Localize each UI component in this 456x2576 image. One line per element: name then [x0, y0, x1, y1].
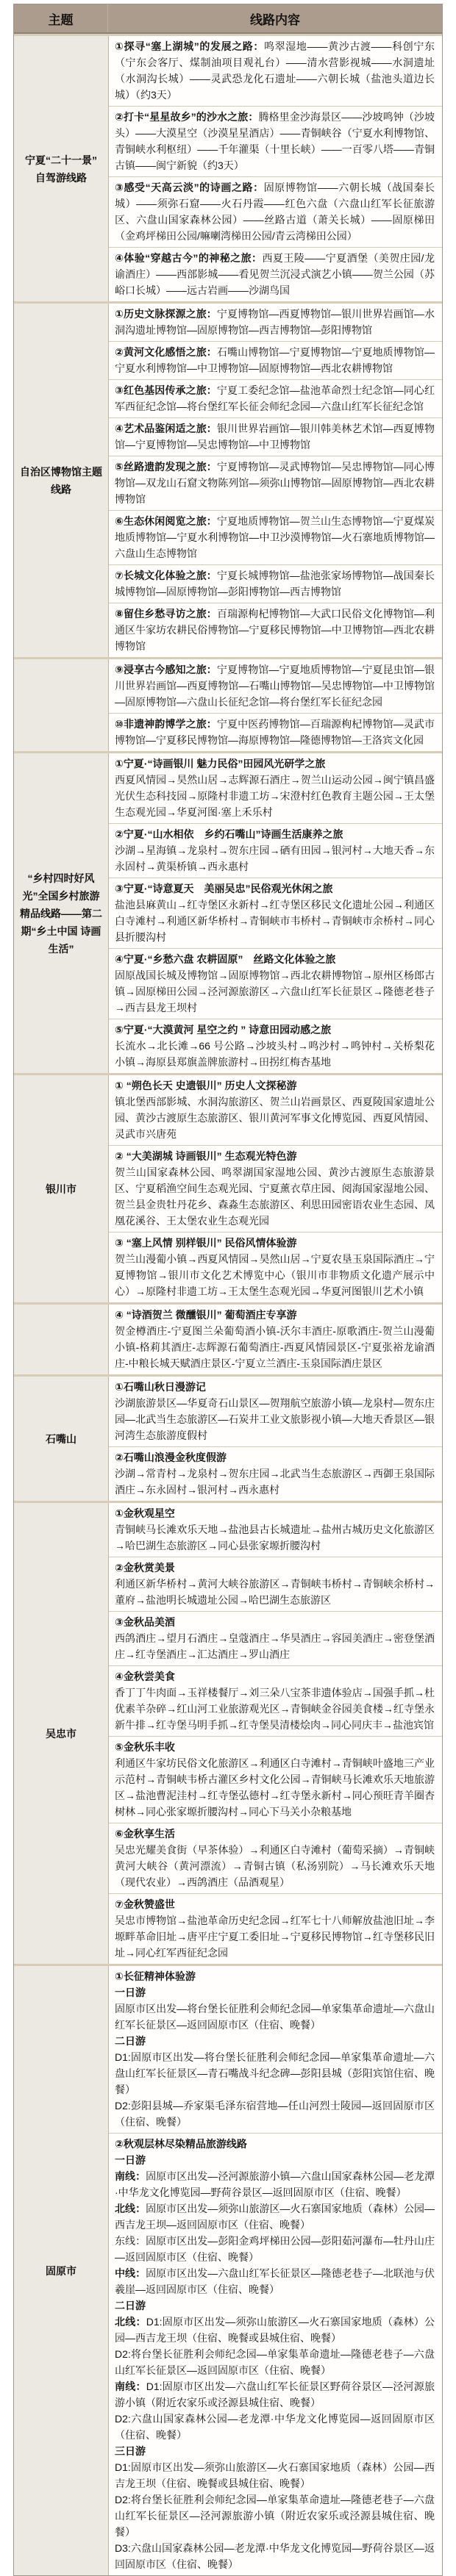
- route-row: ⑧留住乡愁寻访之旅：百瑞源枸杞博物馆—大武口民俗文化博物馆—利通区牛家坊农耕民俗…: [109, 603, 442, 657]
- header-theme-cell: 主题: [14, 4, 108, 32]
- line-head: 二日游: [115, 2300, 146, 2311]
- route-row: ②秋观层林尽染精品旅游线路 一日游 南线：固原市区出发—泾河源旅游小镇—六盘山国…: [109, 2133, 442, 2575]
- route-line: 北线：固原市区出发—须弥山旅游区—火石寨国家地质（森林）公园—西吉龙王坝—返回固…: [115, 2200, 435, 2233]
- theme-cell: 固原市: [14, 1966, 108, 2575]
- route-row: ①宁夏·“诗画银川 魅力民俗”田园风光研学之旅西夏风情园→昊然山居→志辉源石酒庄…: [109, 753, 442, 823]
- route-title: ⑥金秋享生活: [115, 1826, 435, 1842]
- route-title: ②宁夏·“山水相依 乡约石嘴山”诗画生活康养之旅: [115, 826, 435, 842]
- route-title: ①金秋观星空: [115, 1505, 435, 1521]
- route-row: ①石嘴山秋日漫游记沙湖旅游景区—华夏奇石山景区—贺翔航空旅游小镇—龙泉村—贺东庄…: [109, 1377, 442, 1446]
- route-row: ⑨浸享古今感知之旅：宁夏博物馆—宁夏地质博物馆—宁夏昆虫馆—银川世界岩画馆—西夏…: [109, 659, 442, 713]
- route-row: ④金秋尝美食香丁丁牛肉面→玉祥楼餐厅→刘三朵八宝茶非遗体验店→国强手抓→杜优素羊…: [109, 1665, 442, 1736]
- route-row: ② “大美湖城 诗画银川” 生态观光特色游贺兰山国家森林公园、鸣翠湖国家湿地公园…: [109, 1145, 442, 1232]
- route-title: ④金秋尝美食: [115, 1668, 435, 1685]
- route-row: ③ “塞上风情 别样银川” 民俗风情体验游贺兰山漫葡小镇→西夏风情园→昊然山居→…: [109, 1232, 442, 1302]
- route-title: ③宁夏·“诗意夏天 美丽吴忠”民俗观光休闲之旅: [115, 880, 435, 897]
- route-line: D2:将台堡长征胜利会师纪念园—单家集革命遗址—隆德老巷子—六盘山红军长征景区—…: [115, 2346, 435, 2378]
- route-title: ①历史文脉探源之旅：: [115, 308, 217, 320]
- route-title: ⑤宁夏·“大漠黄河 星空之约 ” 诗意田园动感之旅: [115, 1022, 435, 1038]
- route-body: 镇北堡西部影城、水洞沟旅游区、贺兰山岩画景区、西夏陵国家遗址公园、黄沙古渡原生态…: [115, 1094, 435, 1142]
- route-row: ⑦长城文化体验之旅：宁夏长城博物馆—盐池张家场博物馆—战国秦长城博物馆—固原博物…: [109, 564, 442, 603]
- route-line: D1:固原市区出发—将台堡长征胜利会师纪念园—单家集革命遗址—六盘山红军长征景区…: [115, 2049, 435, 2098]
- route-title: ⑧留住乡愁寻访之旅：: [115, 608, 217, 620]
- route-row: ④体验“穿越古今”的神秘之旅：西夏王陵——宁夏酒堡（美贺庄园/龙谕酒庄）——西部…: [109, 247, 442, 301]
- line-head: 南线：: [115, 2381, 146, 2392]
- route-title: ⑦金秋赞盛世: [115, 1896, 435, 1912]
- route-body: 贺金樽酒庄-宁夏图兰朵葡萄酒小镇-沃尔丰酒庄-原歌酒庄-贺兰山漫葡小镇-格莉其酒…: [115, 1323, 435, 1371]
- route-line: 二日游: [115, 2033, 435, 2049]
- route-title: ③ “塞上风情 别样银川” 民俗风情体验游: [115, 1235, 435, 1251]
- route-title: ⑥生态休闲阅览之旅：: [115, 515, 217, 527]
- theme-cell: 自治区博物馆主题 线路: [14, 304, 108, 657]
- line-head: 一日游: [115, 2154, 146, 2166]
- route-row: ②石嘴山浪漫金秋度假游沙湖→常青村→龙泉村→贺东庄园→北武当生态旅游区→西御王泉…: [109, 1446, 442, 1501]
- line-head: 中线：: [115, 2267, 146, 2279]
- route-row: ⑤丝路遗韵发现之旅：宁夏博物馆—灵武博物馆—吴忠博物馆—同心博物馆—双龙山石窟文…: [109, 456, 442, 510]
- route-title: ⑤金秋乐丰收: [115, 1739, 435, 1755]
- route-body: 香丁丁牛肉面→玉祥楼餐厅→刘三朵八宝茶非遗体验店→国强手抓→杜优素羊杂碎→红山河…: [115, 1685, 435, 1733]
- route-line: 固原市区出发—将台堡长征胜利会师纪念园—单家集革命遗址—六盘山红军长征景区—返回…: [115, 2001, 435, 2033]
- table-group: 宁夏“二十一景” 自驾游线路 ①探寻“塞上湖城”的发展之路：鸣翠湿地——黄沙古渡…: [14, 34, 442, 301]
- route-text: ①探寻“塞上湖城”的发展之路：鸣翠湿地——黄沙古渡——科创宁东（宁东会客厅、煤制…: [115, 38, 435, 103]
- route-line: 东线：固原市区出发—彭阳金鸡坪梯田公园—彭阳茹河瀑布—牡丹山庄—返回固原市区（住…: [115, 2233, 435, 2265]
- route-body: 长流水→北长滩→66 号公路→沙坡头村→鸣沙村→鸣钟村→关桥梨花小镇→海原县郑旗…: [115, 1038, 435, 1070]
- group-rows: ①历史文脉探源之旅：宁夏博物馆—西夏博物馆—银川世界岩画馆—水洞沟遗址博物馆—固…: [108, 304, 442, 657]
- theme-cell: [14, 1305, 108, 1374]
- route-row: ⑥金秋享生活吴忠光耀美食街（早茶体验）→利通区白寺滩村（葡萄采摘）→青铜峡黄河大…: [109, 1823, 442, 1893]
- line-head: 三日游: [115, 2445, 146, 2457]
- route-body: 吴忠市博物馆→盐池革命历史纪念园→红军七十八师解放盐池旧址→李塬畔革命旧址→唐平…: [115, 1912, 435, 1961]
- theme-cell: [14, 659, 108, 751]
- route-body: 沙湖旅游景区—华夏奇石山景区—贺翔航空旅游小镇—龙泉村—贺东庄园—北武当生态旅游…: [115, 1395, 435, 1443]
- line-head: 一日游: [115, 1987, 146, 1998]
- route-text: ①历史文脉探源之旅：宁夏博物馆—西夏博物馆—银川世界岩画馆—水洞沟遗址博物馆—固…: [115, 306, 435, 338]
- theme-cell: 吴忠市: [14, 1503, 108, 1964]
- route-text: ②打卡“星星故乡”的沙水之旅：腾格里金沙海景区——沙坡鸣钟（沙坡头）——大漠星空…: [115, 109, 435, 173]
- line-head: 南线：: [115, 2170, 146, 2182]
- route-title: ①长征精神体验游: [115, 1968, 435, 1984]
- table-group: 固原市 ①长征精神体验游 一日游 固原市区出发—将台堡长征胜利会师纪念园—单家集…: [14, 1964, 442, 2575]
- route-title: ⑦长城文化体验之旅：: [115, 570, 217, 581]
- route-row: ⑥生态休闲阅览之旅：宁夏地质博物馆—贺兰山生态博物馆—宁夏煤炭地质博物馆—宁夏水…: [109, 510, 442, 564]
- route-title: ① “朔色长天 史遗银川” 历史人文探秘游: [115, 1077, 435, 1094]
- route-row: ⑩非遗神韵博学之旅：宁夏中医药博物馆—百瑞源枸杞博物馆—灵武市博物馆—宁夏移民博…: [109, 713, 442, 751]
- group-rows: ①长征精神体验游 一日游 固原市区出发—将台堡长征胜利会师纪念园—单家集革命遗址…: [108, 1966, 442, 2575]
- route-line: D2:六盘山国家森林公园—老龙潭·中华龙文化博览园—返回固原市区（住宿、晚餐）: [115, 2411, 435, 2443]
- route-row: ③金秋品美酒西鸽酒庄→望月石酒庄→皇蔻酒庄→华昊酒庄→容园美酒庄→密登堡酒庄→红…: [109, 1611, 442, 1665]
- theme-cell: 银川市: [14, 1075, 108, 1302]
- route-body: 西夏风情园→昊然山居→志辉源石酒庄→贺兰山运动公园→闽宁镇昌盛光伏生态科技园→原…: [115, 772, 435, 820]
- route-row: ④艺术品鉴闲适之旅：银川世界岩画馆—银川韩美林艺术馆—西夏博物馆—宁夏博物馆—吴…: [109, 417, 442, 456]
- route-row: ⑤金秋乐丰收利通区牛家坊民俗文化旅游区→利通区白寺滩村→青铜峡叶盛地三产业示范村…: [109, 1736, 442, 1823]
- route-line: 二日游: [115, 2297, 435, 2314]
- page: 主题 线路内容 宁夏“二十一景” 自驾游线路 ①探寻“塞上湖城”的发展之路：鸣翠…: [0, 0, 456, 2576]
- route-text: ④艺术品鉴闲适之旅：银川世界岩画馆—银川韩美林艺术馆—西夏博物馆—宁夏博物馆—吴…: [115, 420, 435, 453]
- line-head: 北线：: [115, 2203, 146, 2214]
- route-row: ⑤宁夏·“大漠黄河 星空之约 ” 诗意田园动感之旅长流水→北长滩→66 号公路→…: [109, 1019, 442, 1073]
- route-row: ⑦金秋赞盛世吴忠市博物馆→盐池革命历史纪念园→红军七十八师解放盐池旧址→李塬畔革…: [109, 1893, 442, 1964]
- route-title: ③红色基因传承之旅：: [115, 384, 217, 396]
- route-line: D2:将台堡长征胜利会师纪念园—单家集革命遗址—隆德老巷子—六盘山红军长征景区—…: [115, 2491, 435, 2540]
- route-row: ②黄河文化感悟之旅：石嘴山博物馆—宁夏博物馆—宁夏地质博物馆—宁夏水利博物馆—中…: [109, 341, 442, 379]
- route-line: 一日游: [115, 1984, 435, 2001]
- route-title: ④艺术品鉴闲适之旅：: [115, 423, 217, 434]
- route-line: 南线：D1:固原市区出发—六盘山红军长征景区野荷谷景区—泾河源旅游小镇（附近农家…: [115, 2378, 435, 2411]
- route-body: 青铜峡马长滩欢乐天地→盐池县古长城遗址→盐州古城历史文化旅游区→哈巴湖生态旅游区…: [115, 1521, 435, 1554]
- route-text: ②黄河文化感悟之旅：石嘴山博物馆—宁夏博物馆—宁夏地质博物馆—宁夏水利博物馆—中…: [115, 344, 435, 376]
- group-rows: ④ “诗酒贺兰 微醺银川” 葡萄酒庄专享游贺金樽酒庄-宁夏图兰朵葡萄酒小镇-沃尔…: [108, 1305, 442, 1374]
- table-group: “乡村四时好风 光”全国乡村旅游 精品线路——第二 期“乡土中国 诗画 生活” …: [14, 751, 442, 1073]
- route-row: ②宁夏·“山水相依 乡约石嘴山”诗画生活康养之旅沙湖→星海镇→龙泉村→贺东庄园→…: [109, 823, 442, 878]
- route-title: ②金秋赏美景: [115, 1560, 435, 1576]
- route-text: ③红色基因传承之旅：宁夏工委纪念馆—盐池革命烈士纪念馆—同心红军西征纪念馆—将台…: [115, 382, 435, 415]
- route-body: 盐池县麻黄山→红寺堡区永新村→红寺堡区移民文化遗址公园→利通区白寺滩村→利通区新…: [115, 897, 435, 945]
- theme-cell: 石嘴山: [14, 1377, 108, 1501]
- group-rows: ⑨浸享古今感知之旅：宁夏博物馆—宁夏地质博物馆—宁夏昆虫馆—银川世界岩画馆—西夏…: [108, 659, 442, 751]
- route-line: 中线：固原市区出发—六盘山红军长征景区—隆德老巷子—北联池与伏羲崖—返回固原市区…: [115, 2265, 435, 2297]
- route-row: ①长征精神体验游 一日游 固原市区出发—将台堡长征胜利会师纪念园—单家集革命遗址…: [109, 1966, 442, 2133]
- header-content-cell: 线路内容: [108, 4, 442, 32]
- route-text: ⑧留住乡愁寻访之旅：百瑞源枸杞博物馆—大武口民俗文化博物馆—利通区牛家坊农耕民俗…: [115, 606, 435, 654]
- route-title: ②打卡“星星故乡”的沙水之旅：: [115, 111, 258, 123]
- route-line: 北线：D1:固原市区出发—须弥山旅游区—火石寨国家地质（森林）公园—西吉龙王坝（…: [115, 2314, 435, 2346]
- group-rows: ①宁夏·“诗画银川 魅力民俗”田园风光研学之旅西夏风情园→昊然山居→志辉源石酒庄…: [108, 753, 442, 1073]
- route-row: ②打卡“星星故乡”的沙水之旅：腾格里金沙海景区——沙坡鸣钟（沙坡头）——大漠星空…: [109, 106, 442, 176]
- route-line: D1:固原市区出发—须弥山旅游区—火石寨国家地质（森林）公园—西吉龙王坝（住宿、…: [115, 2459, 435, 2491]
- route-row: ①探寻“塞上湖城”的发展之路：鸣翠湿地——黄沙古渡——科创宁东（宁东会客厅、煤制…: [109, 36, 442, 106]
- route-text: ⑨浸享古今感知之旅：宁夏博物馆—宁夏地质博物馆—宁夏昆虫馆—银川世界岩画馆—西夏…: [115, 661, 435, 710]
- route-title: ①石嘴山秋日漫游记: [115, 1379, 435, 1395]
- route-body: 吴忠光耀美食街（早茶体验）→利通区白寺滩村（葡萄采摘）→青铜峡黄河大峡谷（黄河漂…: [115, 1842, 435, 1890]
- group-rows: ①探寻“塞上湖城”的发展之路：鸣翠湿地——黄沙古渡——科创宁东（宁东会客厅、煤制…: [108, 36, 442, 301]
- table-group: 石嘴山 ①石嘴山秋日漫游记沙湖旅游景区—华夏奇石山景区—贺翔航空旅游小镇—龙泉村…: [14, 1374, 442, 1501]
- route-title: ②黄河文化感悟之旅：: [115, 346, 217, 358]
- route-body: 贺兰山国家森林公园、鸣翠湖国家湿地公园、黄沙古渡原生态旅游景区、宁夏稻渔空间生态…: [115, 1164, 435, 1229]
- line-head: 北线：: [115, 2316, 146, 2328]
- route-body: 贺兰山漫葡小镇→西夏风情园→昊然山居→宁夏农垦玉泉国际酒庄→宁夏博物馆→银川市文…: [115, 1251, 435, 1299]
- table-group: ④ “诗酒贺兰 微醺银川” 葡萄酒庄专享游贺金樽酒庄-宁夏图兰朵葡萄酒小镇-沃尔…: [14, 1302, 442, 1374]
- route-row: ③红色基因传承之旅：宁夏工委纪念馆—盐池革命烈士纪念馆—同心红军西征纪念馆—将台…: [109, 379, 442, 417]
- route-row: ①历史文脉探源之旅：宁夏博物馆—西夏博物馆—银川世界岩画馆—水洞沟遗址博物馆—固…: [109, 304, 442, 341]
- route-line: 一日游: [115, 2152, 435, 2168]
- table-group: 吴忠市 ①金秋观星空青铜峡马长滩欢乐天地→盐池县古长城遗址→盐州古城历史文化旅游…: [14, 1501, 442, 1964]
- route-title: ③金秋品美酒: [115, 1614, 435, 1630]
- route-row: ①金秋观星空青铜峡马长滩欢乐天地→盐池县古长城遗址→盐州古城历史文化旅游区→哈巴…: [109, 1503, 442, 1557]
- route-title: ⑨浸享古今感知之旅：: [115, 664, 217, 675]
- routes-table: 主题 线路内容 宁夏“二十一景” 自驾游线路 ①探寻“塞上湖城”的发展之路：鸣翠…: [13, 4, 443, 2576]
- table-group: 银川市 ① “朔色长天 史遗银川” 历史人文探秘游镇北堡西部影城、水洞沟旅游区、…: [14, 1073, 442, 1302]
- group-rows: ① “朔色长天 史遗银川” 历史人文探秘游镇北堡西部影城、水洞沟旅游区、贺兰山岩…: [108, 1075, 442, 1302]
- table-group: 自治区博物馆主题 线路 ①历史文脉探源之旅：宁夏博物馆—西夏博物馆—银川世界岩画…: [14, 301, 442, 657]
- route-text: ③感受“天高云淡”的诗画之路：固原博物馆——六朝长城（战国秦长城）——须弥石窟—…: [115, 179, 435, 244]
- route-title: ④体验“穿越古今”的神秘之旅：: [115, 252, 262, 264]
- route-row: ②金秋赏美景利通区新华桥村→黄河大峡谷旅游区→青铜峡韦桥村→青铜峡余桥村→董府→…: [109, 1557, 442, 1611]
- route-title: ⑤丝路遗韵发现之旅：: [115, 461, 217, 473]
- route-body: 西鸽酒庄→望月石酒庄→皇蔻酒庄→华昊酒庄→容园美酒庄→密登堡酒庄→红寺堡酒庄→汇…: [115, 1630, 435, 1662]
- group-rows: ①金秋观星空青铜峡马长滩欢乐天地→盐池县古长城遗址→盐州古城历史文化旅游区→哈巴…: [108, 1503, 442, 1964]
- table-header: 主题 线路内容: [14, 4, 442, 34]
- theme-cell: 宁夏“二十一景” 自驾游线路: [14, 36, 108, 301]
- route-text: ⑥生态休闲阅览之旅：宁夏地质博物馆—贺兰山生态博物馆—宁夏煤炭地质博物馆—宁夏水…: [115, 513, 435, 562]
- route-title: ② “大美湖城 诗画银川” 生态观光特色游: [115, 1148, 435, 1164]
- route-row: ④ “诗酒贺兰 微醺银川” 葡萄酒庄专享游贺金樽酒庄-宁夏图兰朵葡萄酒小镇-沃尔…: [109, 1305, 442, 1374]
- route-row: ③感受“天高云淡”的诗画之路：固原博物馆——六朝长城（战国秦长城）——须弥石窟—…: [109, 176, 442, 247]
- route-text: ⑩非遗神韵博学之旅：宁夏中医药博物馆—百瑞源枸杞博物馆—灵武市博物馆—宁夏移民博…: [115, 716, 435, 748]
- line-head: 二日游: [115, 2035, 146, 2047]
- route-title: ④ “诗酒贺兰 微醺银川” 葡萄酒庄专享游: [115, 1307, 435, 1323]
- route-line: D2:彭阳县城—乔家渠毛泽东宿营地—任山河烈士陵园—返回固原市区（住宿、晚餐）: [115, 2098, 435, 2130]
- route-title: ②石嘴山浪漫金秋度假游: [115, 1449, 435, 1465]
- route-body: 沙湖→常青村→龙泉村→贺东庄园→北武当生态旅游区→西御王泉国际酒庄→东永固村→银…: [115, 1465, 435, 1498]
- route-title: ①探寻“塞上湖城”的发展之路：: [115, 40, 264, 52]
- route-text: ⑤丝路遗韵发现之旅：宁夏博物馆—灵武博物馆—吴忠博物馆—同心博物馆—双龙山石窟文…: [115, 459, 435, 507]
- group-rows: ①石嘴山秋日漫游记沙湖旅游景区—华夏奇石山景区—贺翔航空旅游小镇—龙泉村—贺东庄…: [108, 1377, 442, 1501]
- route-title: ③感受“天高云淡”的诗画之路：: [115, 182, 264, 193]
- route-body: 利通区新华桥村→黄河大峡谷旅游区→青铜峡韦桥村→青铜峡余桥村→董府→盐池明长城遗…: [115, 1576, 435, 1608]
- route-title: ②秋观层林尽染精品旅游线路: [115, 2136, 435, 2152]
- route-title: ④宁夏·“乡愁六盘 农耕固原” 丝路文化体验之旅: [115, 951, 435, 967]
- route-line: 南线：固原市区出发—泾河源旅游小镇—六盘山国家森林公园—老龙潭·中华龙文化博览园…: [115, 2168, 435, 2200]
- route-row: ③宁夏·“诗意夏天 美丽吴忠”民俗观光休闲之旅盐池县麻黄山→红寺堡区永新村→红寺…: [109, 878, 442, 948]
- route-body: 沙湖→星海镇→龙泉村→贺东庄园→硒有田园→银河村→大地天香→东永固村→黄渠桥镇→…: [115, 842, 435, 875]
- route-line: D3:六盘山国家森林公园—老龙潭·中华龙文化博览园—野荷谷景区—返回固原市区（住…: [115, 2540, 435, 2572]
- route-text: ⑦长城文化体验之旅：宁夏长城博物馆—盐池张家场博物馆—战国秦长城博物馆—固原博物…: [115, 567, 435, 600]
- route-row: ① “朔色长天 史遗银川” 历史人文探秘游镇北堡西部影城、水洞沟旅游区、贺兰山岩…: [109, 1075, 442, 1145]
- route-title: ①宁夏·“诗画银川 魅力民俗”田园风光研学之旅: [115, 756, 435, 772]
- route-body: 利通区牛家坊民俗文化旅游区→利通区白寺滩村→青铜峡叶盛地三产业示范村→青铜峡韦桥…: [115, 1755, 435, 1820]
- route-text: ④体验“穿越古今”的神秘之旅：西夏王陵——宁夏酒堡（美贺庄园/龙谕酒庄）——西部…: [115, 250, 435, 298]
- route-title: ⑩非遗神韵博学之旅：: [115, 718, 217, 730]
- theme-cell: “乡村四时好风 光”全国乡村旅游 精品线路——第二 期“乡土中国 诗画 生活”: [14, 753, 108, 1073]
- route-line: 三日游: [115, 2443, 435, 2459]
- table-group: ⑨浸享古今感知之旅：宁夏博物馆—宁夏地质博物馆—宁夏昆虫馆—银川世界岩画馆—西夏…: [14, 657, 442, 751]
- route-row: ④宁夏·“乡愁六盘 农耕固原” 丝路文化体验之旅固原战国长城及博物馆→固原博物馆…: [109, 948, 442, 1019]
- route-body: 固原战国长城及博物馆→固原博物馆→西北农耕博物馆→原州区杨郎古镇→固原梯田公园→…: [115, 967, 435, 1016]
